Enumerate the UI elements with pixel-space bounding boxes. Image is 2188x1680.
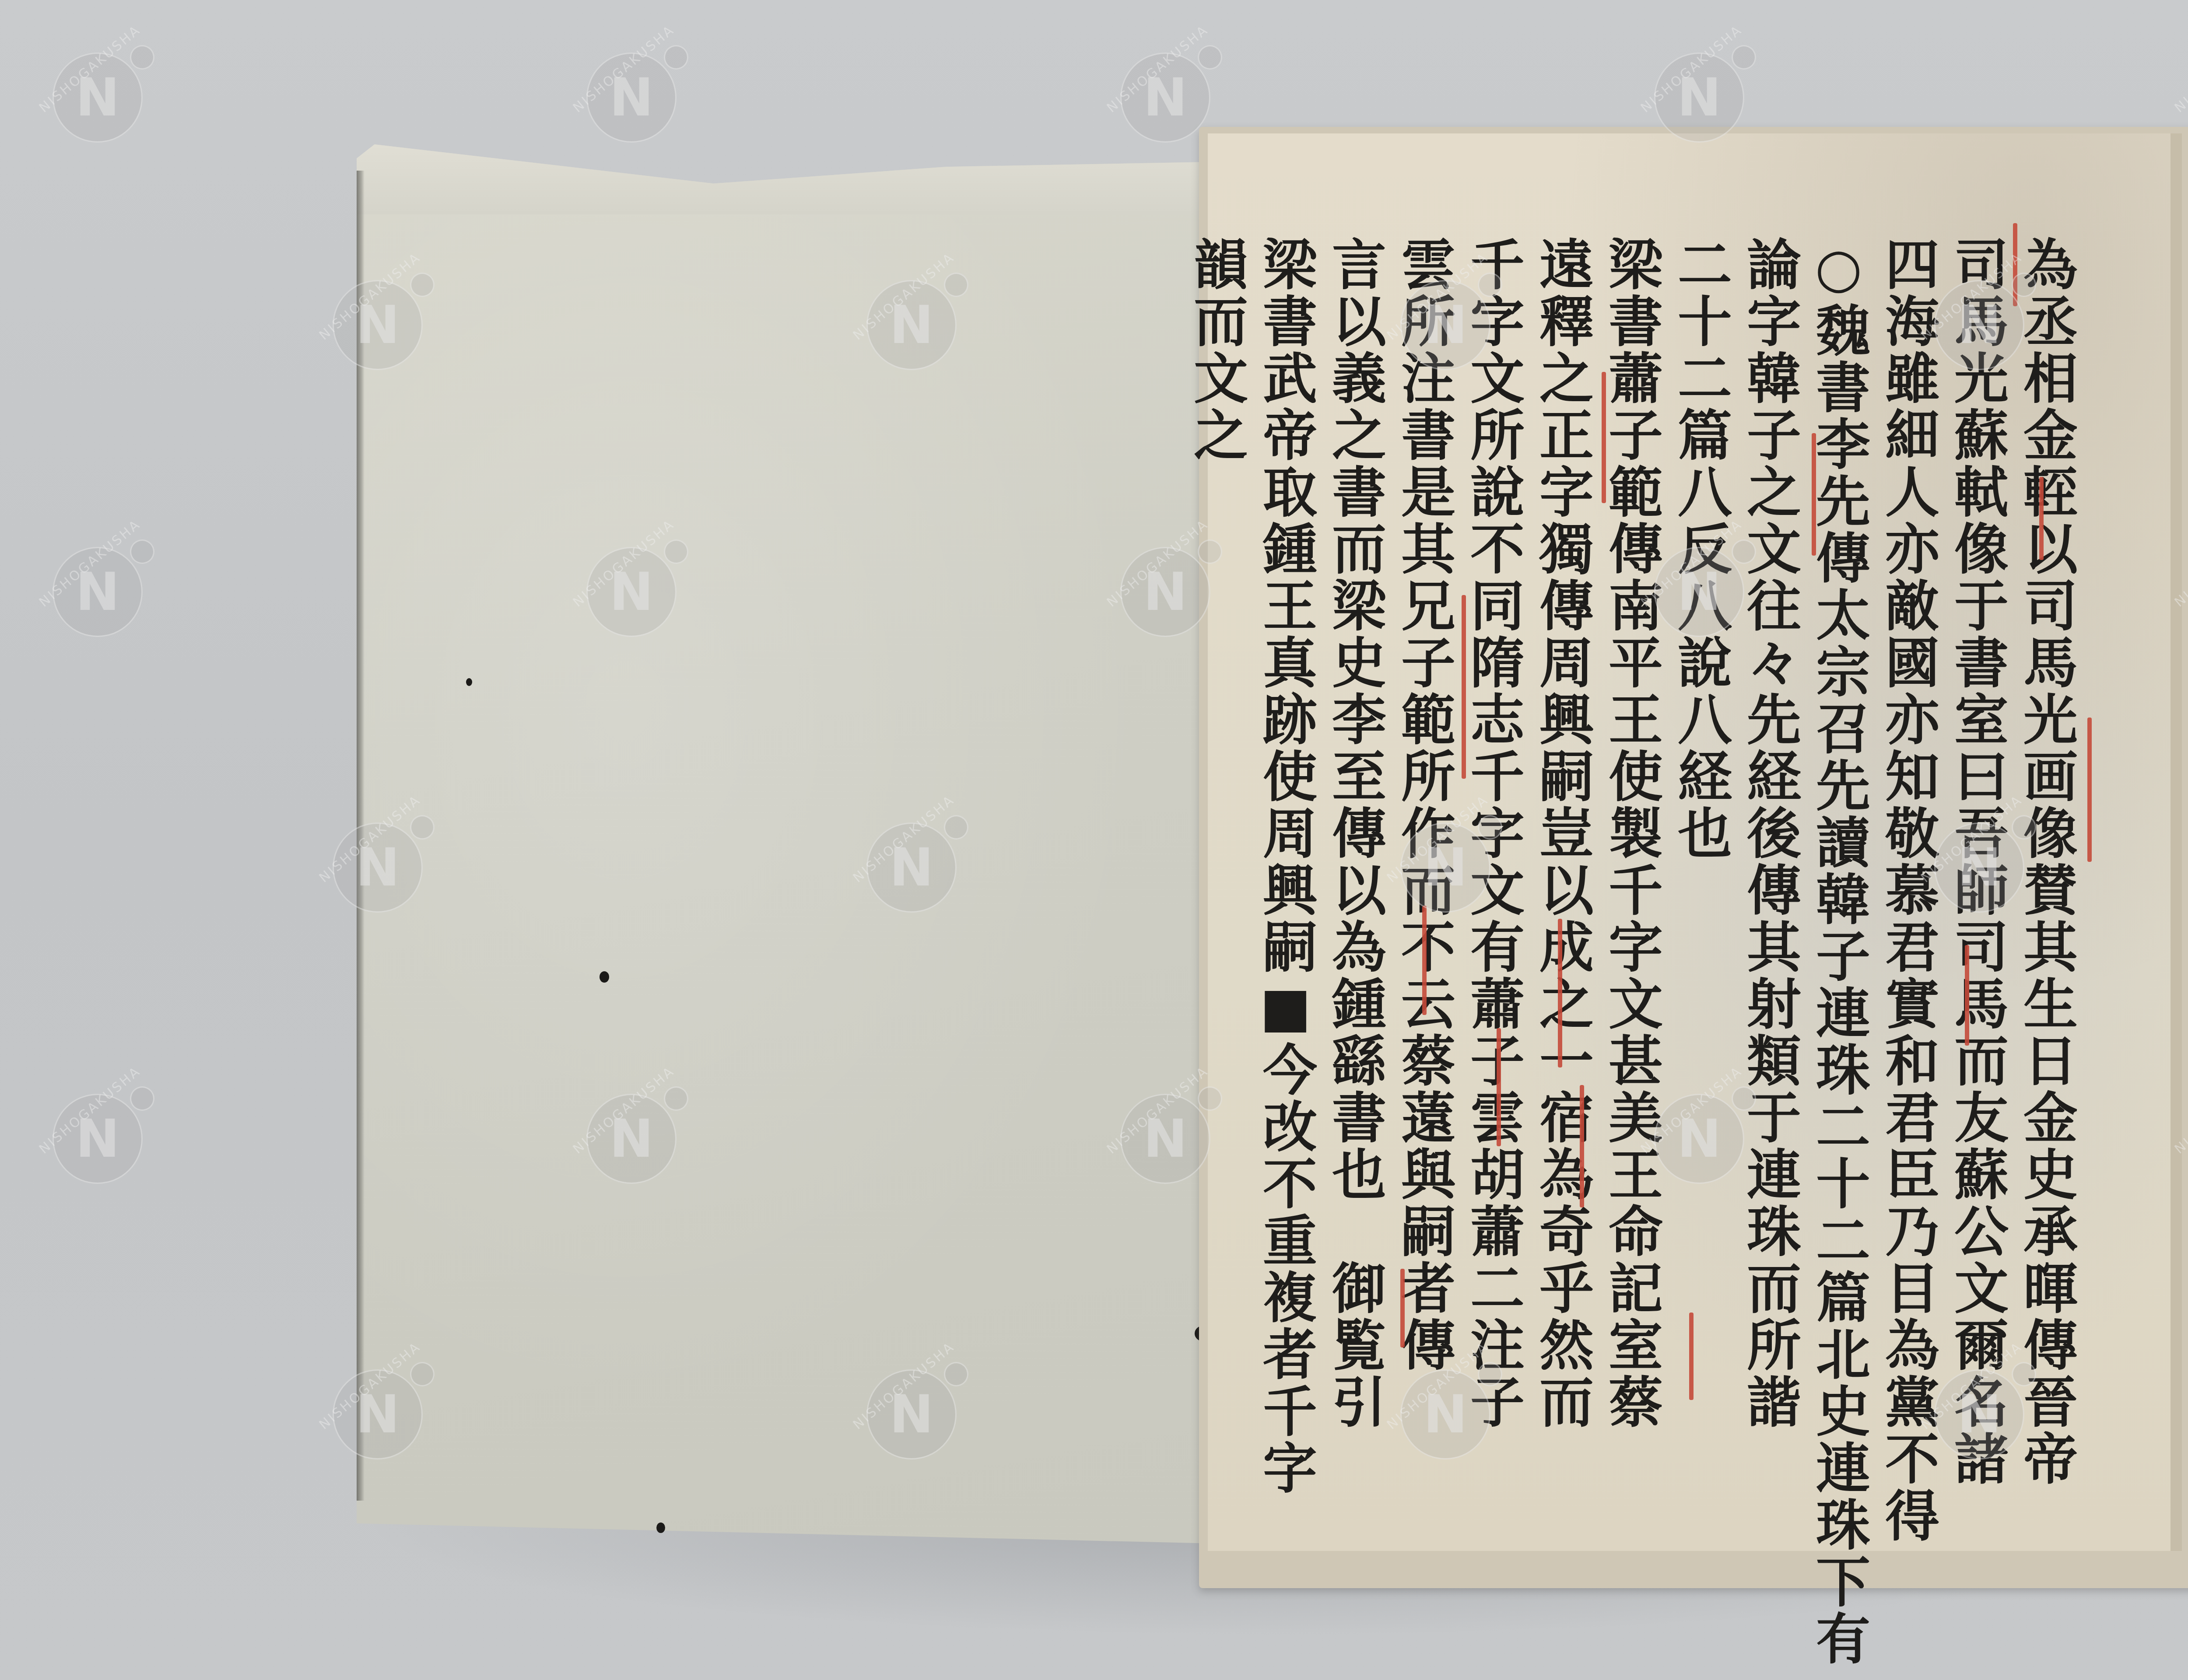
red-annotation-mark [1462, 595, 1466, 779]
red-annotation-mark [1497, 1028, 1501, 1146]
watermark-brand-text: NISHOGAKUSHA [36, 516, 144, 610]
watermark-logo-icon: N [53, 52, 143, 143]
red-annotation-mark [2013, 223, 2017, 306]
red-annotation-mark [1965, 945, 1969, 1046]
red-annotation-mark [1422, 906, 1427, 1015]
watermark-brand-text: NISHOGAKUSHA [36, 1063, 144, 1157]
ink-spot [466, 678, 472, 686]
red-annotation-mark [1602, 372, 1606, 503]
text-column: 四海雖細人亦敵國亦知敬慕君實和君臣乃目為黨不得 [1875, 236, 1940, 1461]
watermark-brand-text: NISHOGAKUSHA [36, 22, 144, 115]
red-annotation-mark [1689, 1312, 1694, 1400]
text-column: 遠釋之正字獨傳周興嗣豈以成之一宿為奇乎然而 [1529, 236, 1595, 1461]
text-column: 梁書武帝取鍾王真跡使周興嗣■今改不重複者千字 [1252, 236, 1318, 1461]
cover-edge [357, 171, 365, 1501]
text-column: 千字文所說不同隋志千字文有蕭子雲胡蕭二注子 [1460, 236, 1525, 1461]
left-cover-page [357, 144, 1249, 1544]
text-column: 為丞相金䡖以司馬光画像賛其生日金史承暉傳晉帝 [2013, 236, 2079, 1461]
watermark-brand-text: NISHOGAKUSHA [1638, 22, 1746, 115]
watermark-brand-text: NISHOGAKUSHA [570, 22, 678, 115]
watermark-brand-text: NISHOGAKUSHA [1104, 22, 1212, 115]
watermark-logo-icon: N [53, 547, 143, 637]
watermark-logo-icon: N [53, 1094, 143, 1184]
watermark-logo-icon: N [1120, 52, 1210, 143]
red-annotation-mark [1558, 919, 1562, 1067]
red-annotation-mark [1580, 1085, 1584, 1207]
watermark-brand-text: NISHOGAKUSHA [2172, 22, 2188, 115]
red-annotation-mark [2087, 717, 2092, 862]
red-annotation-mark [1400, 1269, 1405, 1347]
watermark-logo-icon: N [586, 52, 677, 143]
manuscript-text: 為丞相金䡖以司馬光画像賛其生日金史承暉傳晉帝 司馬光蘇軾像于書室曰吾師司馬而友蘇… [1256, 236, 2079, 1461]
text-column: 言以義之書而梁史李至傳以為鍾繇書也 御覧引 [1322, 236, 1387, 1461]
red-annotation-mark [1812, 433, 1816, 556]
text-column: 梁書蕭子範傳南平王使製千字文甚美王命記室蔡 [1598, 236, 1664, 1461]
ink-spot [600, 971, 609, 983]
text-column: 司馬光蘇軾像于書室曰吾師司馬而友蘇公文爾名諸 [1944, 236, 2009, 1461]
text-column: ○魏書李先傳太宗召先讀韓子連珠二十二篇北史連珠下有 [1806, 236, 1871, 1461]
text-column: 論字韓子之文往々先経後傳其射類于連珠而所諧 [1736, 236, 1802, 1461]
red-annotation-mark [2039, 477, 2044, 560]
text-column: 二十二篇八反八說八経也 [1667, 236, 1733, 1461]
cover-fold [357, 144, 1249, 214]
ink-spot [656, 1522, 665, 1533]
text-column: 韻而文之 [1183, 236, 1249, 1461]
